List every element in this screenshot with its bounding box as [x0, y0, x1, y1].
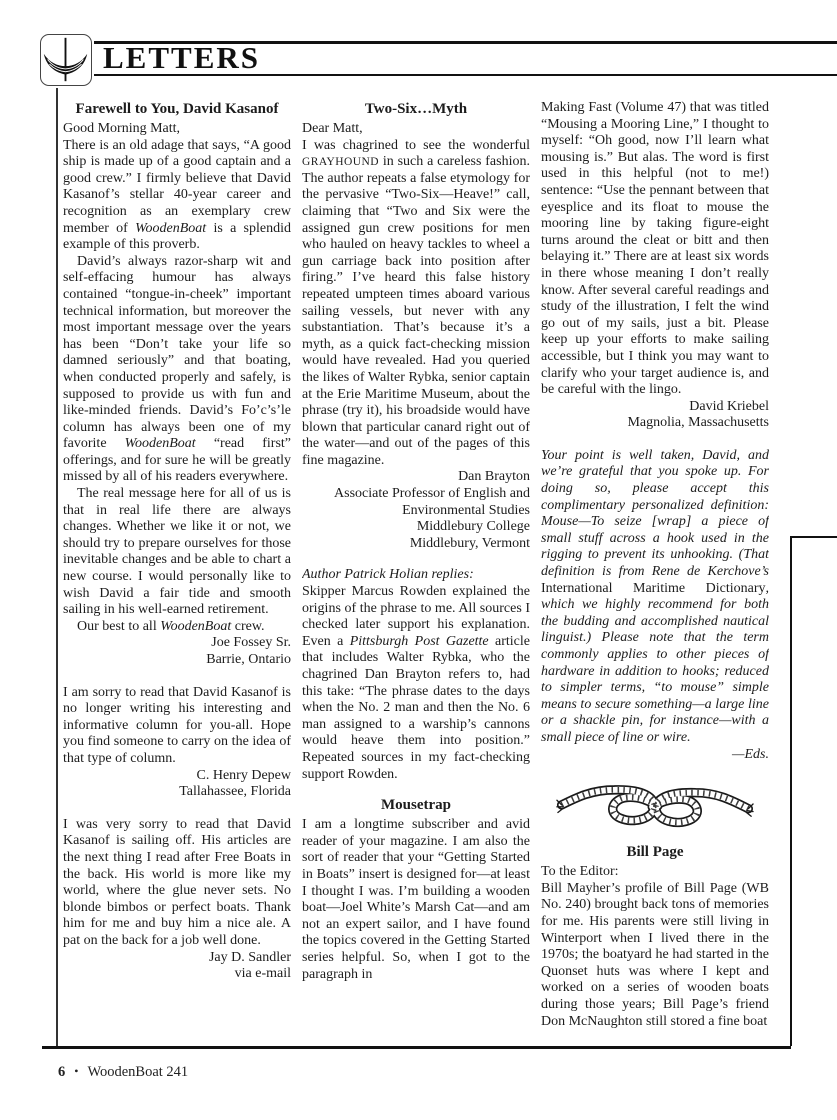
footer-bullet: • [74, 1064, 78, 1078]
letter-paragraph: The real message here for all of us is t… [63, 486, 291, 619]
left-margin-rule [56, 88, 58, 1048]
text-run: crew. [231, 619, 264, 634]
letter-paragraph: There is an old adage that says, “A good… [63, 138, 291, 254]
column-2: Two-Six…Myth Dear Matt, I was chagrined … [302, 100, 530, 1048]
letter-paragraph: I am sorry to read that David Kasanof is… [63, 685, 291, 768]
signature-org: Middlebury College [302, 519, 530, 536]
woodenboat-logo-icon [40, 34, 92, 86]
hull-bow-icon [41, 35, 90, 84]
page-footer: 6•WoodenBoat 241 [58, 1064, 188, 1081]
text-run: article that includes Walter Rybka, who … [302, 634, 530, 782]
page-title: LETTERS [103, 40, 260, 76]
signature-name: Jay D. Sandler [63, 950, 291, 967]
signature-place: Tallahassee, Florida [63, 784, 291, 801]
letter-heading-twosix: Two-Six…Myth [302, 100, 530, 118]
boat-name-run: GRAYHOUND [302, 156, 379, 168]
letter-heading-mousetrap: Mousetrap [302, 796, 530, 814]
italic-title-run: WoodenBoat [135, 221, 206, 236]
letter-paragraph: Bill Mayher’s profile of Bill Page (WB N… [541, 881, 769, 1030]
signature-place: Middlebury, Vermont [302, 536, 530, 553]
italic-title-run: WoodenBoat [160, 619, 231, 634]
italic-run: , which we highly recommend for both the… [541, 581, 769, 745]
signature-title: Associate Professor of English and [302, 486, 530, 503]
square-knot-icon [553, 771, 757, 837]
signature-name: C. Henry Depew [63, 768, 291, 785]
salutation: Dear Matt, [302, 121, 530, 138]
text-run: Our best to all [77, 619, 160, 634]
salutation: To the Editor: [541, 864, 769, 881]
salutation: Good Morning Matt, [63, 121, 291, 138]
editors-note: Your point is well taken, David, and we’… [541, 448, 769, 747]
letter-paragraph: Our best to all WoodenBoat crew. [63, 619, 291, 636]
roman-title-run: International Maritime Dictionary [541, 581, 766, 596]
signature-place: via e-mail [63, 966, 291, 983]
header-rule-bottom [94, 74, 837, 76]
signature-place: Barrie, Ontario [63, 652, 291, 669]
signature-title: Environmental Studies [302, 503, 530, 520]
letter-heading-farewell: Farewell to You, David Kasanof [63, 100, 291, 118]
letter-paragraph: Making Fast (Volume 47) that was titled … [541, 100, 769, 399]
magazine-issue: WoodenBoat 241 [87, 1064, 188, 1080]
page-number: 6 [58, 1064, 65, 1080]
text-run: in such a careless fashion. The author r… [302, 154, 530, 468]
signature-name: David Kriebel [541, 399, 769, 416]
editors-signature: —Eds. [541, 747, 769, 764]
italic-title-run: WoodenBoat [125, 436, 196, 451]
column-1: Farewell to You, David Kasanof Good Morn… [63, 100, 291, 1048]
letter-paragraph: I was chagrined to see the wonderful GRA… [302, 138, 530, 470]
signature-name: Joe Fossey Sr. [63, 635, 291, 652]
adjacent-box-border [790, 536, 837, 1046]
magazine-page: LETTERS Farewell to You, David Kasanof G… [0, 0, 837, 1120]
italic-title-run: Pittsburgh Post Gazette [350, 634, 489, 649]
text-run: David’s always razor-sharp wit and self-… [63, 254, 291, 452]
letter-heading-billpage: Bill Page [541, 843, 769, 861]
signature-name: Dan Brayton [302, 469, 530, 486]
reply-paragraph: Skipper Marcus Rowden explained the orig… [302, 584, 530, 783]
knot-illustration [553, 771, 757, 837]
letter-paragraph: David’s always razor-sharp wit and self-… [63, 254, 291, 486]
text-run: I was chagrined to see the wonderful [302, 138, 530, 153]
signature-place: Magnolia, Massachusetts [541, 415, 769, 432]
column-3: Making Fast (Volume 47) that was titled … [541, 100, 769, 1048]
letter-paragraph: I am a longtime subscriber and avid read… [302, 817, 530, 983]
letter-paragraph: I was very sorry to read that David Kasa… [63, 817, 291, 950]
italic-run: Your point is well taken, David, and we’… [541, 448, 769, 579]
reply-intro: Author Patrick Holian replies: [302, 567, 530, 584]
